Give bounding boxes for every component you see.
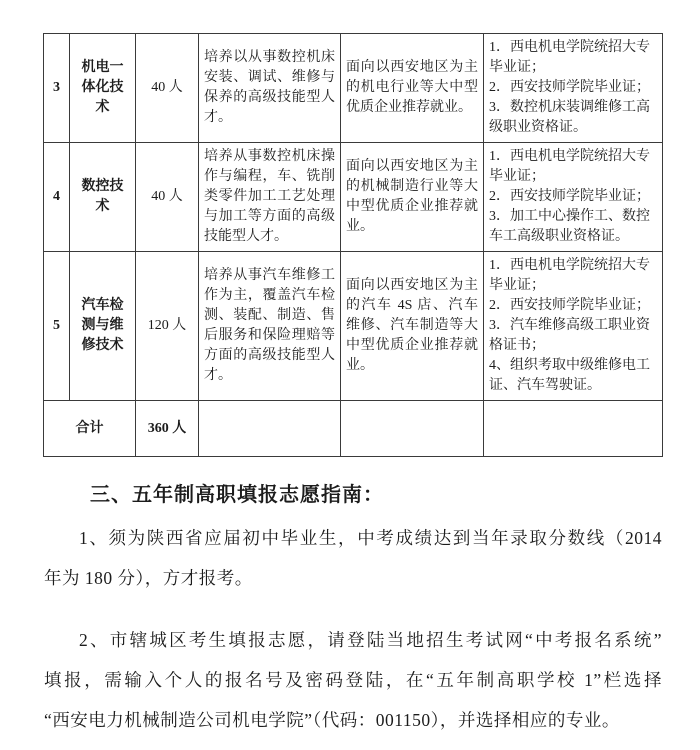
employment-direction: 面向以西安地区为主的机电行业等大中型优质企业推荐就业。 bbox=[341, 34, 484, 143]
application-guide-section: 三、五年制高职填报志愿指南： 1、须为陕西省应届初中毕业生，中考成绩达到当年录取… bbox=[44, 480, 662, 740]
paragraph-line: 2、市辖城区考生填报志愿，请登陆当地招生考试网“中考报名系统” bbox=[44, 620, 662, 660]
enroll-quota: 40 人 bbox=[136, 143, 199, 252]
table-row-total: 合计 360 人 bbox=[44, 401, 663, 457]
training-target: 培养从事汽车维修工作为主，覆盖汽车检测、装配、制造、售后服务和保险理赔等方面的高… bbox=[199, 252, 341, 401]
certificates-cell: 1．西电机电学院统招大专毕业证； 2．西安技师学院毕业证； 3．汽车维修高级工职… bbox=[484, 252, 663, 401]
table-row-cnc: 4 数控技术 40 人 培养从事数控机床操作与编程，车、铣削类零件加工工艺处理与… bbox=[44, 143, 663, 252]
cert-item: 3．汽车维修高级工职业资格证书； bbox=[489, 316, 657, 356]
enroll-quota: 40 人 bbox=[136, 34, 199, 143]
cert-item: 3．加工中心操作工、数控车工高级职业资格证。 bbox=[489, 207, 657, 247]
table-row-auto: 5 汽车检测与维修技术 120 人 培养从事汽车维修工作为主，覆盖汽车检测、装配… bbox=[44, 252, 663, 401]
cert-item: 2．西安技师学院毕业证； bbox=[489, 187, 657, 207]
cert-item: 2．西安技师学院毕业证； bbox=[489, 296, 657, 316]
total-label: 合计 bbox=[44, 401, 136, 457]
major-name: 机电一体化技术 bbox=[70, 34, 136, 143]
paragraph-line: 年为 180 分），方才报考。 bbox=[44, 558, 662, 598]
row-seq: 5 bbox=[44, 252, 70, 401]
cert-item: 2．西安技师学院毕业证； bbox=[489, 78, 657, 98]
major-name: 汽车检测与维修技术 bbox=[70, 252, 136, 401]
section-heading: 三、五年制高职填报志愿指南： bbox=[90, 480, 662, 510]
empty-cell bbox=[341, 401, 484, 457]
training-target: 培养以从事数控机床安装、调试、维修与保养的高级技能型人才。 bbox=[199, 34, 341, 143]
cert-item: 4、组织考取中级维修电工证、汽车驾驶证。 bbox=[489, 356, 657, 396]
paragraph-line: “西安电力机械制造公司机电学院”（代码：001150），并选择相应的专业。 bbox=[44, 700, 662, 740]
paragraph-line: 填报，需输入个人的报名号及密码登陆，在“五年制高职学校 1”栏选择 bbox=[44, 660, 662, 700]
empty-cell bbox=[484, 401, 663, 457]
employment-direction: 面向以西安地区为主的汽车 4S 店、汽车维修、汽车制造等大中型优质企业推荐就业。 bbox=[341, 252, 484, 401]
certificates-cell: 1．西电机电学院统招大专毕业证； 2．西安技师学院毕业证； 3．数控机床装调维修… bbox=[484, 34, 663, 143]
row-seq: 4 bbox=[44, 143, 70, 252]
empty-cell bbox=[199, 401, 341, 457]
cert-item: 1．西电机电学院统招大专毕业证； bbox=[489, 147, 657, 187]
certificates-cell: 1．西电机电学院统招大专毕业证； 2．西安技师学院毕业证； 3．加工中心操作工、… bbox=[484, 143, 663, 252]
paragraph-line: 1、须为陕西省应届初中毕业生，中考成绩达到当年录取分数线（2014 bbox=[44, 518, 662, 558]
cert-item: 1．西电机电学院统招大专毕业证； bbox=[489, 38, 657, 78]
training-target: 培养从事数控机床操作与编程，车、铣削类零件加工工艺处理与加工等方面的高级技能型人… bbox=[199, 143, 341, 252]
enrollment-plan-table: 3 机电一体化技术 40 人 培养以从事数控机床安装、调试、维修与保养的高级技能… bbox=[43, 33, 663, 457]
employment-direction: 面向以西安地区为主的机械制造行业等大中型优质企业推荐就业。 bbox=[341, 143, 484, 252]
cert-item: 1．西电机电学院统招大专毕业证； bbox=[489, 256, 657, 296]
cert-item: 3．数控机床装调维修工高级职业资格证。 bbox=[489, 98, 657, 138]
guide-paragraph-1: 1、须为陕西省应届初中毕业生，中考成绩达到当年录取分数线（2014 年为 180… bbox=[44, 518, 662, 598]
major-name: 数控技术 bbox=[70, 143, 136, 252]
table-row-mechatronics: 3 机电一体化技术 40 人 培养以从事数控机床安装、调试、维修与保养的高级技能… bbox=[44, 34, 663, 143]
row-seq: 3 bbox=[44, 34, 70, 143]
enroll-quota: 120 人 bbox=[136, 252, 199, 401]
total-quota: 360 人 bbox=[136, 401, 199, 457]
guide-paragraph-2: 2、市辖城区考生填报志愿，请登陆当地招生考试网“中考报名系统” 填报，需输入个人… bbox=[44, 620, 662, 740]
